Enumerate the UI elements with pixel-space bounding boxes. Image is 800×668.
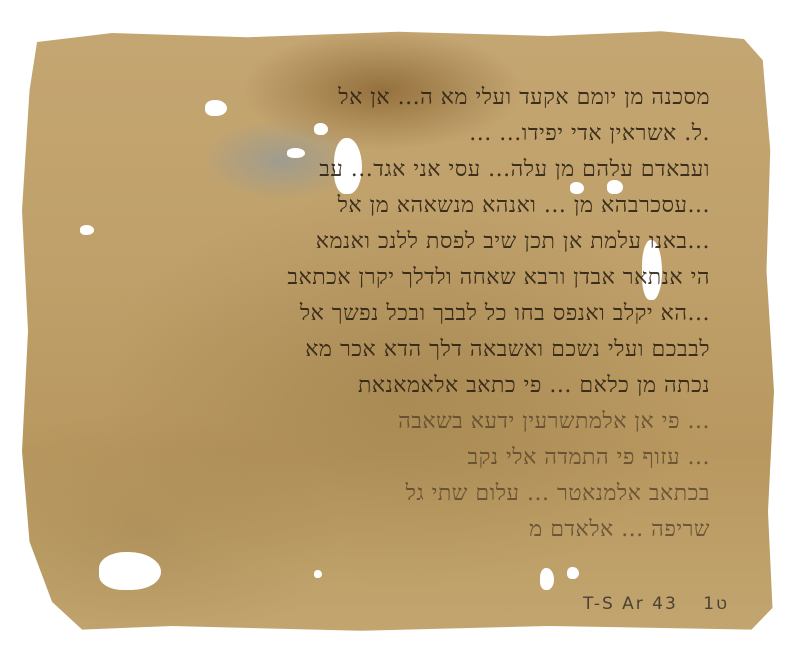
paper-hole — [99, 552, 161, 590]
folio-mark: ט1 — [703, 594, 729, 614]
text-line: ...עסכרבהא מן ... ואנהא מנשאהא מן אל — [70, 188, 710, 224]
text-line: נכתה מן כלאם ... פי כתאב אלאמאנאת — [70, 368, 710, 404]
text-line: .ל. אשראין אדי יפידו... ... — [70, 116, 710, 152]
text-line: לבבכם ועלי נשכם ואשבאה דלך הדא אכר מא — [70, 332, 710, 368]
paper-hole — [540, 568, 554, 590]
text-line: ...באנו עלמת אן תכן שיב לפסת ללנכ ואנמא — [70, 224, 710, 260]
text-line: בכתאב אלמנאטר ... עלום שתי גל — [70, 476, 710, 512]
text-line: מסכנה מן יומם אקעד ועלי מא ה... אן אל — [70, 80, 710, 116]
paper-hole — [567, 567, 579, 579]
shelfmark-number: T-S Ar 43 — [583, 594, 678, 614]
paper-hole — [314, 570, 322, 578]
manuscript-text: מסכנה מן יומם אקעד ועלי מא ה... אן אל .ל… — [70, 80, 710, 548]
text-line: ... פי אן אלמתשרעין ידעא בשאבה — [70, 404, 710, 440]
text-line: ... עזוף פי התמדה אלי נקב — [70, 440, 710, 476]
shelfmark-label: T-S Ar 43 ט1 — [583, 594, 729, 614]
text-line: ...הא יקלב ואנפס בחו כל לבבך ובכל נפשך א… — [70, 296, 710, 332]
text-line: ועבאדם עלהם מן עלה... עסי אני אגד... עב — [70, 152, 710, 188]
text-line: הי אנתאר אבדן ורבא שאחה ולדלך יקרן אכתאב — [70, 260, 710, 296]
text-line: שריפה ... אלאדם מ — [70, 512, 710, 548]
